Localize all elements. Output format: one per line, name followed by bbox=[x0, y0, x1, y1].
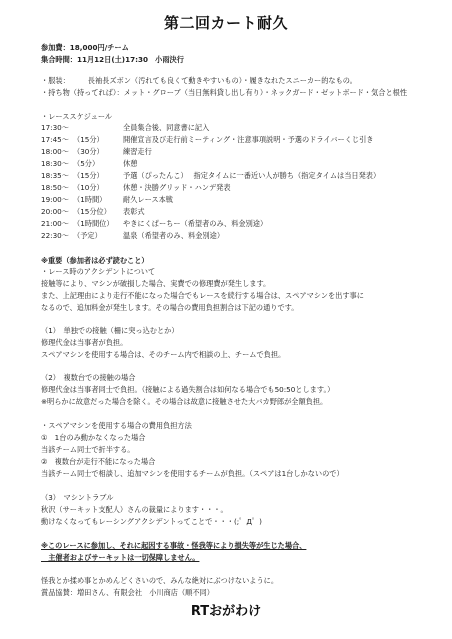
case1-line: 修理代金は当事者が負担。 bbox=[41, 338, 127, 348]
schedule-row: 18:00～（30分）練習走行 bbox=[41, 147, 152, 157]
case1-heading: （1） 単独での接触（柵に突っ込むとか） bbox=[41, 326, 179, 336]
schedule-row: 19:00～（1時間）耐久レース本戦 bbox=[41, 195, 173, 205]
meeting-time: 集合時間：11月12日(土)17:30 小雨決行 bbox=[41, 55, 184, 65]
closing-note: 怪我とか揉め事とかめんどくさいので、みんな絶対にぶつけないように。 bbox=[41, 576, 278, 586]
sponsors: 賞品協賛：増田さん、有限会社 小川商店（順不同） bbox=[41, 588, 214, 598]
accident-line: なるので、追加料金が発生します。その場合の費用負担割合は下記の通りです。 bbox=[41, 303, 298, 313]
schedule-row: 18:35～（15分）予選（ぴったんこ） 指定タイムに一番近い人が勝ち（指定タイ… bbox=[41, 171, 380, 181]
case3-line: 動けなくなってもレーシングアクシデントってことで・・・(;゜Д゜) bbox=[41, 517, 262, 527]
case2-line: 修理代金は当事者同士で負担。（接触による過失割合は如何なる場合でも50:50とし… bbox=[41, 385, 334, 395]
clothing-label: ・服装： bbox=[41, 76, 70, 85]
schedule-row: 22:30～（予定）温泉（希望者のみ、料金別途） bbox=[41, 231, 224, 241]
spare-line: 当該チーム同士で折半する。 bbox=[41, 445, 134, 455]
important-heading: ※重要（参加者は必ず読むこと） bbox=[41, 256, 149, 266]
schedule-row: 17:30～全員集合後、同意書に記入 bbox=[41, 123, 209, 133]
schedule-row: 17:45～（15分）開催宣言及び走行前ミーティング・注意事項説明・予選のドライ… bbox=[41, 135, 374, 145]
spare-line: ① 1台のみ動かなくなった場合 bbox=[41, 433, 145, 443]
flyer-page: 第二回カート耐久 参加費：18,000円/チーム 集合時間：11月12日(土)1… bbox=[0, 0, 452, 639]
disclaimer-line: ※このレースに参加し、それに起因する事故・怪我等により損失等が生じた場合、 bbox=[41, 541, 306, 551]
clothing-value: 長袖長ズボン（汚れても良くて動きやすいもの）・履きなれたスニーカー的なもの。 bbox=[88, 76, 357, 85]
organizer-signature: RTおがわけ bbox=[0, 600, 452, 619]
case3-line: 秋沢（サーキット支配人）さんの裁量によります・・・。 bbox=[41, 505, 228, 515]
accident-line: また、上記理由により走行不能になった場合でもレースを続行する場合は、スペアマシン… bbox=[41, 291, 364, 301]
schedule-row: 21:00～（1時間位）やきにくぱーちー（希望者のみ、料金別途） bbox=[41, 219, 267, 229]
case3-heading: （3） マシントラブル bbox=[41, 493, 113, 503]
case1-line: スペアマシンを使用する場合は、そのチーム内で相談の上、チームで負担。 bbox=[41, 350, 285, 360]
items-value: メット・グローブ（当日無料貸し出し有り）・ネックガード・ゼットボード・気合と根性 bbox=[124, 88, 407, 97]
spare-heading: ・スペアマシンを使用する場合の費用負担方法 bbox=[41, 421, 192, 431]
accident-heading: ・レース時のアクシデントについて bbox=[41, 267, 155, 277]
disclaimer-line: 主催者およびサーキットは一切保障しません。 bbox=[41, 553, 199, 563]
accident-line: 接触等により、マシンが破損した場合、実費での修理費が発生します。 bbox=[41, 279, 270, 289]
clothing-line: ・服装：長袖長ズボン（汚れても良くて動きやすいもの）・履きなれたスニーカー的なも… bbox=[41, 76, 357, 86]
items-label: ・持ち物（持ってれば）： bbox=[41, 88, 124, 97]
spare-line: 当該チーム同士で相談し、追加マシンを使用するチームが負担。（スペアは1台しかない… bbox=[41, 469, 344, 479]
items-line: ・持ち物（持ってれば）：メット・グローブ（当日無料貸し出し有り）・ネックガード・… bbox=[41, 88, 407, 98]
schedule-row: 18:50～（10分）休憩・決勝グリッド・ハンデ発表 bbox=[41, 183, 231, 193]
schedule-row: 20:00～（15分位）表彰式 bbox=[41, 207, 145, 217]
schedule-heading: ・レーススケジュール bbox=[41, 112, 112, 122]
case2-line: ※明らかに故意だった場合を除く。その場合は故意に接触させた大バカ野郎が全額負担。 bbox=[41, 397, 327, 407]
case2-heading: （2） 複数台での接触の場合 bbox=[41, 373, 135, 383]
entry-fee: 参加費：18,000円/チーム bbox=[41, 43, 129, 53]
page-title: 第二回カート耐久 bbox=[0, 12, 452, 33]
schedule-row: 18:30～（5分）休憩 bbox=[41, 159, 137, 169]
spare-line: ② 複数台が走行不能になった場合 bbox=[41, 457, 155, 467]
